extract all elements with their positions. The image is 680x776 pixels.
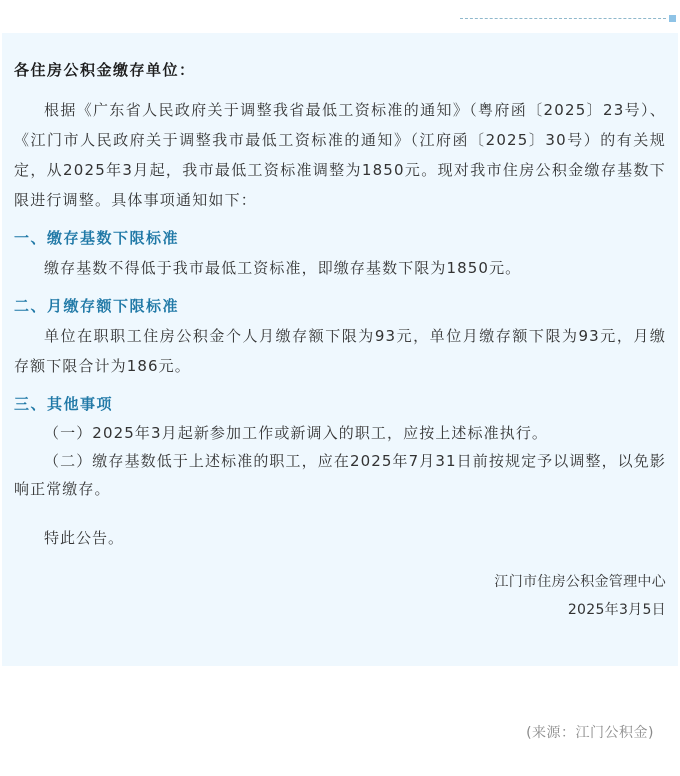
- issue-date: 2025年3月5日: [494, 596, 666, 624]
- intro-paragraph: 根据《广东省人民政府关于调整我省最低工资标准的通知》（粤府函〔2025〕23号）…: [14, 95, 666, 215]
- closing-line: 特此公告。: [14, 523, 666, 553]
- list-item: （一）2025年3月起新参加工作或新调入的职工，应按上述标准执行。: [14, 419, 666, 447]
- section-body: 单位在职职工住房公积金个人月缴存额下限为93元，单位月缴存额下限为93元，月缴存…: [14, 321, 666, 381]
- section-2: 二、月缴存额下限标准 单位在职职工住房公积金个人月缴存额下限为93元，单位月缴存…: [14, 295, 666, 381]
- salutation: 各住房公积金缴存单位：: [14, 59, 666, 81]
- section-heading: 三、其他事项: [14, 393, 666, 415]
- section-heading: 二、月缴存额下限标准: [14, 295, 666, 317]
- square-accent-icon: [669, 15, 676, 22]
- signature-block: 江门市住房公积金管理中心 2025年3月5日: [494, 568, 666, 624]
- issuing-organization: 江门市住房公积金管理中心: [494, 568, 666, 596]
- source-credit: (来源：江门公积金): [526, 722, 654, 742]
- section-3: 三、其他事项 （一）2025年3月起新参加工作或新调入的职工，应按上述标准执行。…: [14, 393, 666, 503]
- top-decoration: [460, 14, 676, 22]
- section-body: 缴存基数不得低于我市最低工资标准，即缴存基数下限为1850元。: [14, 253, 666, 283]
- section-1: 一、缴存基数下限标准 缴存基数不得低于我市最低工资标准，即缴存基数下限为1850…: [14, 227, 666, 283]
- dashed-divider: [460, 18, 666, 19]
- section-heading: 一、缴存基数下限标准: [14, 227, 666, 249]
- list-item: （二）缴存基数低于上述标准的职工，应在2025年7月31日前按规定予以调整，以免…: [14, 447, 666, 503]
